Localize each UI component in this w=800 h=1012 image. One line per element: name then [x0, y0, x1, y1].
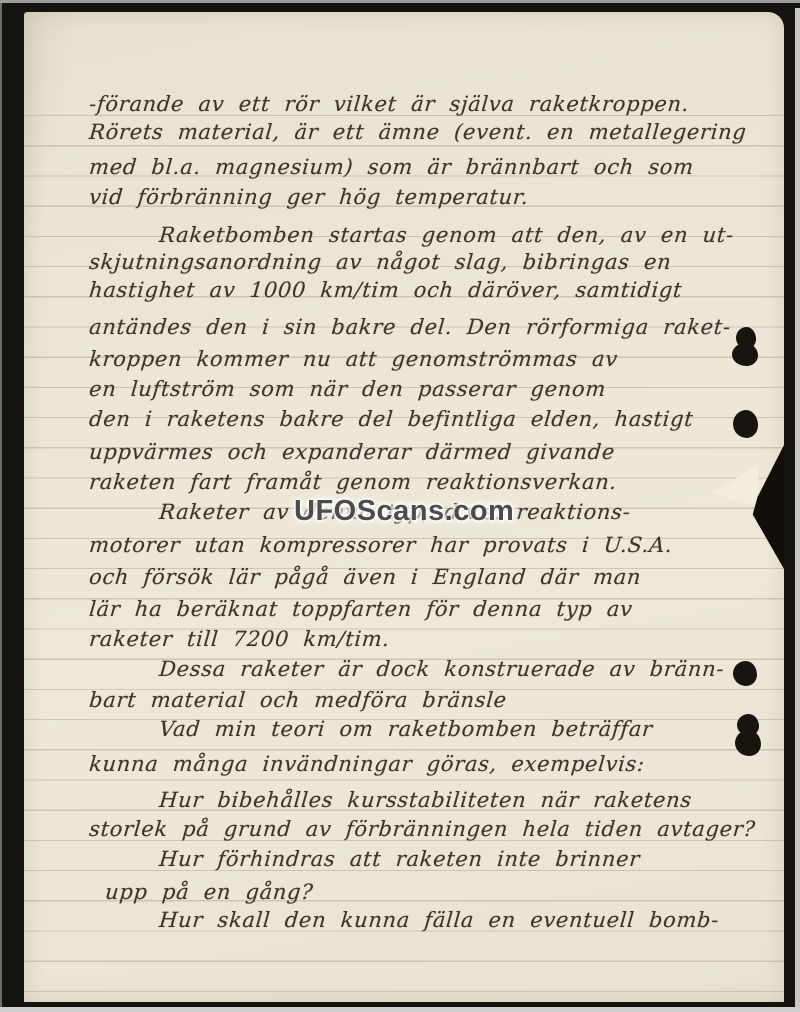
handwritten-line: bart material och medföra bränsle: [88, 687, 508, 714]
scanner-edge-top: [0, 0, 800, 3]
ink-blot: [733, 661, 757, 686]
handwritten-line: Vad min teori om raketbomben beträffar: [158, 716, 654, 743]
scanner-edge-bottom: [0, 1007, 800, 1012]
handwritten-line: hastighet av 1000 km/tim och däröver, sa…: [88, 277, 683, 304]
handwritten-line: lär ha beräknat toppfarten för denna typ…: [88, 596, 634, 623]
handwritten-line: kunna många invändningar göras, exempelv…: [88, 751, 646, 778]
handwritten-line: storlek på grund av förbränningen hela t…: [88, 816, 757, 843]
handwritten-line: raketer till 7200 km/tim.: [88, 626, 391, 653]
handwritten-line: den i raketens bakre del befintliga elde…: [88, 406, 695, 433]
scanner-edge-left: [0, 3, 2, 1007]
scanned-document-page: { "watermark": { "text": "UFOScans.com" …: [0, 0, 800, 1012]
handwritten-line: Dessa raketer är dock konstruerade av br…: [158, 656, 725, 683]
handwritten-line: Hur förhindras att raketen inte brinner: [158, 846, 641, 873]
ink-blot: [732, 343, 758, 366]
handwritten-line: Raketbomben startas genom att den, av en…: [158, 222, 735, 249]
manuscript-paper: -förande av ett rör vilket är själva rak…: [24, 12, 784, 1002]
handwritten-line: skjutningsanordning av något slag, bibri…: [88, 249, 673, 276]
handwritten-line: uppvärmes och expanderar därmed givande: [88, 439, 616, 466]
handwritten-line: upp på en gång?: [104, 879, 314, 906]
handwritten-line: med bl.a. magnesium) som är brännbart oc…: [88, 154, 695, 181]
handwritten-line: motorer utan kompressorer har provats i …: [88, 532, 674, 559]
handwritten-line: och försök lär pågå även i England där m…: [88, 564, 642, 591]
handwritten-line: Hur skall den kunna fälla en eventuell b…: [158, 907, 720, 934]
handwritten-line: Rörets material, är ett ämne (event. en …: [88, 119, 748, 146]
handwritten-line: raketen fart framåt genom reaktionsverka…: [88, 469, 618, 496]
handwritten-line: vid förbränning ger hög temperatur.: [88, 184, 530, 211]
handwritten-line: en luftström som när den passerar genom: [88, 376, 607, 403]
handwritten-line: kroppen kommer nu att genomströmmas av: [88, 346, 619, 373]
watermark: UFOScans.com: [294, 495, 514, 528]
handwritten-line: Hur bibehålles kursstabiliteten när rake…: [158, 787, 693, 814]
handwritten-line: antändes den i sin bakre del. Den rörfor…: [88, 314, 732, 341]
scanner-edge-right: [795, 8, 800, 1007]
ink-blot: [733, 410, 758, 438]
handwritten-line: -förande av ett rör vilket är själva rak…: [88, 91, 690, 118]
ink-blot: [735, 730, 761, 756]
